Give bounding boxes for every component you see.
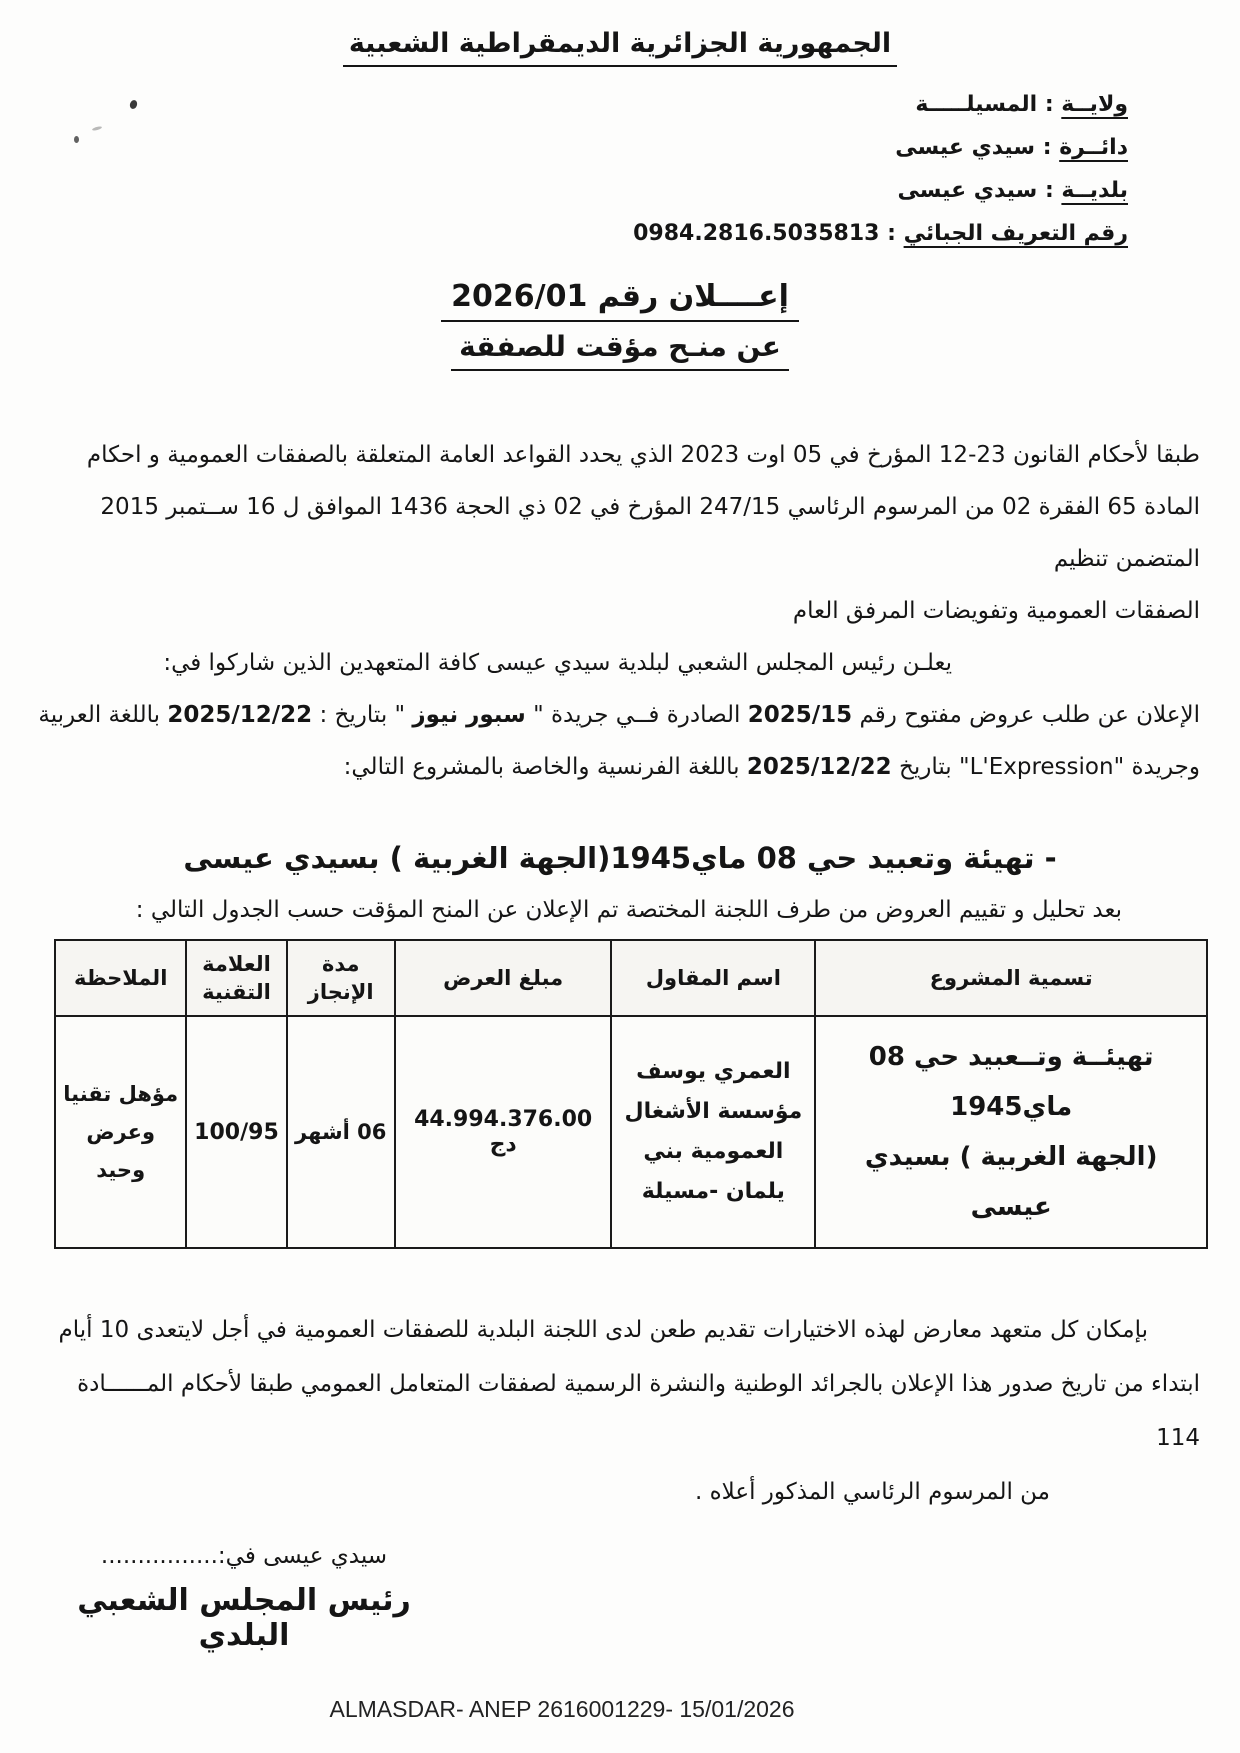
commune-line: بلديــة : سيدي عيسى: [0, 169, 1128, 212]
cell-completion-duration: 06 أشهر: [287, 1016, 395, 1248]
table-data-row: تهيئــة وتــعبيد حي 08ماي1945(الجهة الغر…: [55, 1016, 1207, 1248]
wilaya-line: ولايــة : المسيلـــــة: [0, 83, 1128, 126]
scan-speckle: [74, 136, 79, 143]
wilaya-label: ولايــة: [1061, 92, 1128, 117]
project-title-line: - تهيئة وتعبيد حي 08 ماي1945(الجهة الغرب…: [0, 841, 1240, 875]
daira-label: دائــرة: [1059, 135, 1128, 160]
colon: :: [1035, 135, 1059, 160]
signature-block: سيدي عيسى في:................ رئيس المجل…: [28, 1543, 460, 1653]
national-header: الجمهورية الجزائرية الديمقراطية الشعبية: [0, 0, 1240, 67]
tax-id-value: 0984.2816.5035813: [633, 221, 879, 246]
wilaya-value: المسيلـــــة: [915, 92, 1037, 117]
tender-ref-line: الإعلان عن طلب عروض مفتوح رقم 2025/15 ال…: [36, 689, 1200, 741]
award-table: تسمية المشروع اسم المقاول مبلغ العرض مدة…: [54, 939, 1208, 1249]
header-cell-project: تسمية المشروع: [815, 940, 1207, 1016]
appeal-line-2: ابتداء من تاريخ صدور هذا الإعلان بالجرائ…: [36, 1357, 1200, 1465]
legal-paragraph: طبقا لأحكام القانون 23-12 المؤرخ في 05 ا…: [0, 429, 1240, 793]
signature-role-line: رئيس المجلس الشعبي البلدي: [28, 1583, 460, 1653]
appeal-paragraph: بإمكان كل متعهد معارض لهذه الاختيارات تق…: [0, 1303, 1240, 1519]
table-header-row: تسمية المشروع اسم المقاول مبلغ العرض مدة…: [55, 940, 1207, 1016]
colon: :: [879, 221, 903, 246]
commune-label: بلديــة: [1061, 178, 1128, 203]
colon: :: [1037, 92, 1061, 117]
appeal-line-3: من المرسوم الرئاسي المذكور أعلاه .: [36, 1465, 1200, 1519]
info-block: ولايــة : المسيلـــــة دائــرة : سيدي عي…: [0, 67, 1240, 255]
announcement-subject-title: عن منـح مؤقت للصفقة: [451, 330, 789, 371]
header-cell-amount: مبلغ العرض: [395, 940, 612, 1016]
header-cell-duration: مدة الإنجاز: [287, 940, 395, 1016]
legal-line-2: المادة 65 الفقرة 02 من المرسوم الرئاسي 2…: [36, 481, 1200, 585]
tax-id-label: رقم التعريف الجبائي: [904, 221, 1128, 246]
cell-remark: مؤهل تقنياوعرضوحيد: [55, 1016, 186, 1248]
daira-value: سيدي عيسى: [895, 135, 1035, 160]
announcement-number-title: إعــــلان رقم 2026/01: [441, 279, 799, 322]
pre-table-line: بعد تحليل و تقييم العروض من طرف اللجنة ا…: [0, 897, 1240, 923]
legal-line-1: طبقا لأحكام القانون 23-12 المؤرخ في 05 ا…: [36, 429, 1200, 481]
cell-technical-score: 100/95: [186, 1016, 286, 1248]
header-cell-note: الملاحظة: [55, 940, 186, 1016]
cell-offer-amount: 44.994.376.00 دج: [395, 1016, 612, 1248]
appeal-line-1: بإمكان كل متعهد معارض لهذه الاختيارات تق…: [36, 1303, 1200, 1357]
header-cell-score: العلامة التقنية: [186, 940, 286, 1016]
tax-id-line: رقم التعريف الجبائي : 0984.2816.5035813: [0, 212, 1128, 255]
announcement-title-block: إعــــلان رقم 2026/01 عن منـح مؤقت للصفق…: [0, 279, 1240, 371]
signature-place-line: سيدي عيسى في:................: [28, 1543, 460, 1569]
daira-line: دائــرة : سيدي عيسى: [0, 126, 1128, 169]
national-header-title: الجمهورية الجزائرية الديمقراطية الشعبية: [343, 28, 897, 67]
footer-anep-line: ALMASDAR- ANEP 2616001229- 15/01/2026: [0, 1696, 1182, 1723]
cell-project-name: تهيئــة وتــعبيد حي 08ماي1945(الجهة الغر…: [815, 1016, 1207, 1248]
commune-value: سيدي عيسى: [897, 178, 1037, 203]
header-cell-contractor: اسم المقاول: [611, 940, 815, 1016]
french-newspaper-line: وجريدة "L'Expression" بتاريخ 2025/12/22 …: [36, 741, 1200, 793]
mayor-announce-line: يعلـن رئيس المجلس الشعبي لبلدية سيدي عيس…: [36, 637, 1200, 689]
colon: :: [1037, 178, 1061, 203]
document-page: الجمهورية الجزائرية الديمقراطية الشعبية …: [0, 0, 1240, 1753]
cell-contractor-name: العمري يوسفمؤسسة الأشغالالعمومية بنييلما…: [611, 1016, 815, 1248]
legal-line-3: الصفقات العمومية وتفويضات المرفق العام: [36, 585, 1200, 637]
